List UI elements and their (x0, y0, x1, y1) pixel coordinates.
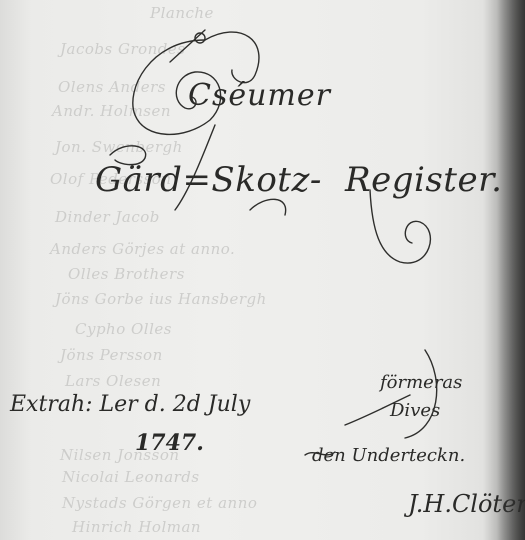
bleed-through-line: Anders Görjes at anno. (50, 240, 235, 258)
bleed-through-line: Planche (150, 4, 214, 22)
bleed-through-line: Dinder Jacob (55, 208, 160, 226)
bleed-through-line: Olles Brothers (68, 265, 185, 283)
title-line-3: Register. (345, 160, 502, 200)
bleed-through-line: Jöns Gorbe ius Hansbergh (55, 290, 267, 308)
extract-year: 1747. (135, 430, 204, 456)
page-edge-shadow (497, 0, 525, 540)
title-line-1: Cséumer (188, 78, 331, 113)
bleed-through-line: Jöns Persson (60, 346, 163, 364)
bleed-through-line: Lars Olesen (65, 372, 161, 390)
title-line-2: Gärd=Skotz- (95, 160, 322, 200)
bleed-through-line: Olens Anders (58, 78, 166, 96)
bleed-through-line: Jon. Swenbergh (55, 138, 183, 156)
closing-line-3: den Underteckn. (312, 445, 465, 466)
closing-line-2: Dives (390, 400, 440, 421)
manuscript-page: Planche Jacobs Grondes Olens Anders Andr… (0, 0, 525, 540)
extract-date-line: Extrah: Ler d. 2d July (10, 392, 250, 417)
bleed-through-line: Cypho Olles (75, 320, 172, 338)
bleed-through-line: Jacobs Grondes (60, 40, 185, 58)
bleed-through-line: Nicolai Leonards (62, 468, 200, 486)
bleed-through-line: Nystads Görgen et anno (62, 494, 257, 512)
closing-line-1: förmeras (380, 372, 462, 393)
bleed-through-line: Andr. Holmsen (52, 102, 171, 120)
bleed-through-line: Hinrich Holman (72, 518, 201, 536)
